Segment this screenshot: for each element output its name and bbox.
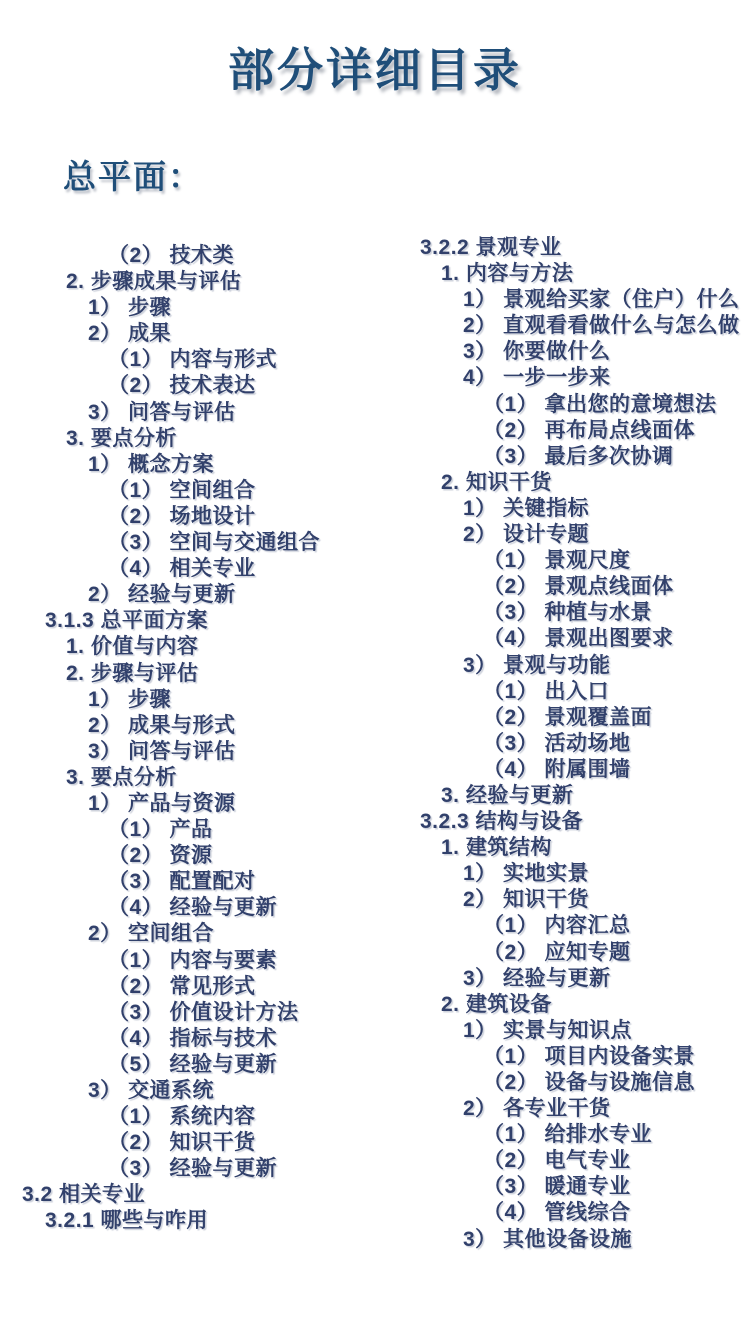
toc-item: 1） 实地实景 bbox=[375, 861, 750, 887]
toc-item: （2） 应知专题 bbox=[375, 940, 750, 966]
toc-item: （1） 拿出您的意境想法 bbox=[375, 392, 750, 418]
toc-item: （4） 管线综合 bbox=[375, 1200, 750, 1226]
toc-item: 3. 经验与更新 bbox=[375, 783, 750, 809]
toc-item: （3） 种植与水景 bbox=[375, 600, 750, 626]
toc-item: （4） 相关专业 bbox=[0, 556, 378, 582]
page-title: 部分详细目录 bbox=[0, 44, 750, 97]
toc-item: （3） 暖通专业 bbox=[375, 1174, 750, 1200]
toc-item: 3） 问答与评估 bbox=[0, 739, 378, 765]
toc-item: 3） 问答与评估 bbox=[0, 400, 378, 426]
toc-item: 1） 概念方案 bbox=[0, 452, 378, 478]
toc-item: 3.2.1 哪些与咋用 bbox=[0, 1208, 378, 1234]
toc-item: （4） 经验与更新 bbox=[0, 895, 378, 921]
toc-item: 2） 各专业干货 bbox=[375, 1096, 750, 1122]
toc-column-left: （2） 技术类2. 步骤成果与评估1） 步骤2） 成果（1） 内容与形式（2） … bbox=[0, 243, 378, 1235]
toc-item: （1） 产品 bbox=[0, 817, 378, 843]
toc-item: 4） 一步一步来 bbox=[375, 365, 750, 391]
toc-item: 1. 内容与方法 bbox=[375, 261, 750, 287]
toc-item: 2. 建筑设备 bbox=[375, 992, 750, 1018]
toc-item: （3） 价值设计方法 bbox=[0, 1000, 378, 1026]
toc-item: （1） 出入口 bbox=[375, 679, 750, 705]
toc-item: （4） 景观出图要求 bbox=[375, 626, 750, 652]
toc-item: （2） 景观点线面体 bbox=[375, 574, 750, 600]
toc-item: （2） 景观覆盖面 bbox=[375, 705, 750, 731]
toc-item: 1） 产品与资源 bbox=[0, 791, 378, 817]
toc-item: 1） 实景与知识点 bbox=[375, 1018, 750, 1044]
toc-item: 3.2 相关专业 bbox=[0, 1182, 378, 1208]
toc-item: 1） 步骤 bbox=[0, 687, 378, 713]
toc-item: 2） 成果与形式 bbox=[0, 713, 378, 739]
toc-item: 2. 步骤成果与评估 bbox=[0, 269, 378, 295]
toc-item: （2） 电气专业 bbox=[375, 1148, 750, 1174]
toc-item: （2） 场地设计 bbox=[0, 504, 378, 530]
toc-item: 3） 你要做什么 bbox=[375, 339, 750, 365]
toc-item: 3） 交通系统 bbox=[0, 1078, 378, 1104]
toc-item: （3） 配置配对 bbox=[0, 869, 378, 895]
toc-item: （1） 景观尺度 bbox=[375, 548, 750, 574]
toc-item: 1） 关键指标 bbox=[375, 496, 750, 522]
toc-item: （2） 设备与设施信息 bbox=[375, 1070, 750, 1096]
toc-item: 2） 成果 bbox=[0, 321, 378, 347]
toc-item: （2） 再布局点线面体 bbox=[375, 418, 750, 444]
toc-item: （1） 给排水专业 bbox=[375, 1122, 750, 1148]
toc-item: （1） 内容汇总 bbox=[375, 913, 750, 939]
toc-item: 3） 其他设备设施 bbox=[375, 1227, 750, 1253]
toc-item: （2） 常见形式 bbox=[0, 974, 378, 1000]
toc-item: 1） 景观给买家（住户）什么 bbox=[375, 287, 750, 313]
toc-item: 3） 景观与功能 bbox=[375, 653, 750, 679]
toc-item: 2） 空间组合 bbox=[0, 921, 378, 947]
toc-item: （5） 经验与更新 bbox=[0, 1052, 378, 1078]
toc-item: （4） 附属围墙 bbox=[375, 757, 750, 783]
toc-item: （3） 活动场地 bbox=[375, 731, 750, 757]
toc-item: 3.2.2 景观专业 bbox=[375, 235, 750, 261]
toc-item: 2. 步骤与评估 bbox=[0, 661, 378, 687]
toc-item: 2） 设计专题 bbox=[375, 522, 750, 548]
toc-item: 1. 建筑结构 bbox=[375, 835, 750, 861]
toc-item: 2） 知识干货 bbox=[375, 887, 750, 913]
toc-item: （2） 资源 bbox=[0, 843, 378, 869]
toc-item: （4） 指标与技术 bbox=[0, 1026, 378, 1052]
toc-item: （1） 空间组合 bbox=[0, 478, 378, 504]
toc-item: （3） 最后多次协调 bbox=[375, 444, 750, 470]
toc-item: （2） 知识干货 bbox=[0, 1130, 378, 1156]
toc-item: （2） 技术类 bbox=[0, 243, 378, 269]
toc-column-right: 3.2.2 景观专业1. 内容与方法1） 景观给买家（住户）什么2） 直观看看做… bbox=[375, 235, 750, 1253]
toc-item: 3.1.3 总平面方案 bbox=[0, 608, 378, 634]
toc-item: （3） 空间与交通组合 bbox=[0, 530, 378, 556]
toc-item: （1） 内容与要素 bbox=[0, 948, 378, 974]
toc-page: 部分详细目录 总平面： （2） 技术类2. 步骤成果与评估1） 步骤2） 成果（… bbox=[0, 0, 750, 1318]
toc-item: （3） 经验与更新 bbox=[0, 1156, 378, 1182]
toc-item: （1） 内容与形式 bbox=[0, 347, 378, 373]
section-heading: 总平面： bbox=[63, 157, 203, 197]
toc-item: （1） 项目内设备实景 bbox=[375, 1044, 750, 1070]
toc-item: 2） 经验与更新 bbox=[0, 582, 378, 608]
toc-item: 3. 要点分析 bbox=[0, 426, 378, 452]
toc-item: 2） 直观看看做什么与怎么做 bbox=[375, 313, 750, 339]
toc-item: 2. 知识干货 bbox=[375, 470, 750, 496]
toc-item: 3. 要点分析 bbox=[0, 765, 378, 791]
toc-item: 3.2.3 结构与设备 bbox=[375, 809, 750, 835]
toc-item: 1. 价值与内容 bbox=[0, 634, 378, 660]
toc-item: 1） 步骤 bbox=[0, 295, 378, 321]
toc-item: 3） 经验与更新 bbox=[375, 966, 750, 992]
toc-item: （1） 系统内容 bbox=[0, 1104, 378, 1130]
toc-item: （2） 技术表达 bbox=[0, 373, 378, 399]
